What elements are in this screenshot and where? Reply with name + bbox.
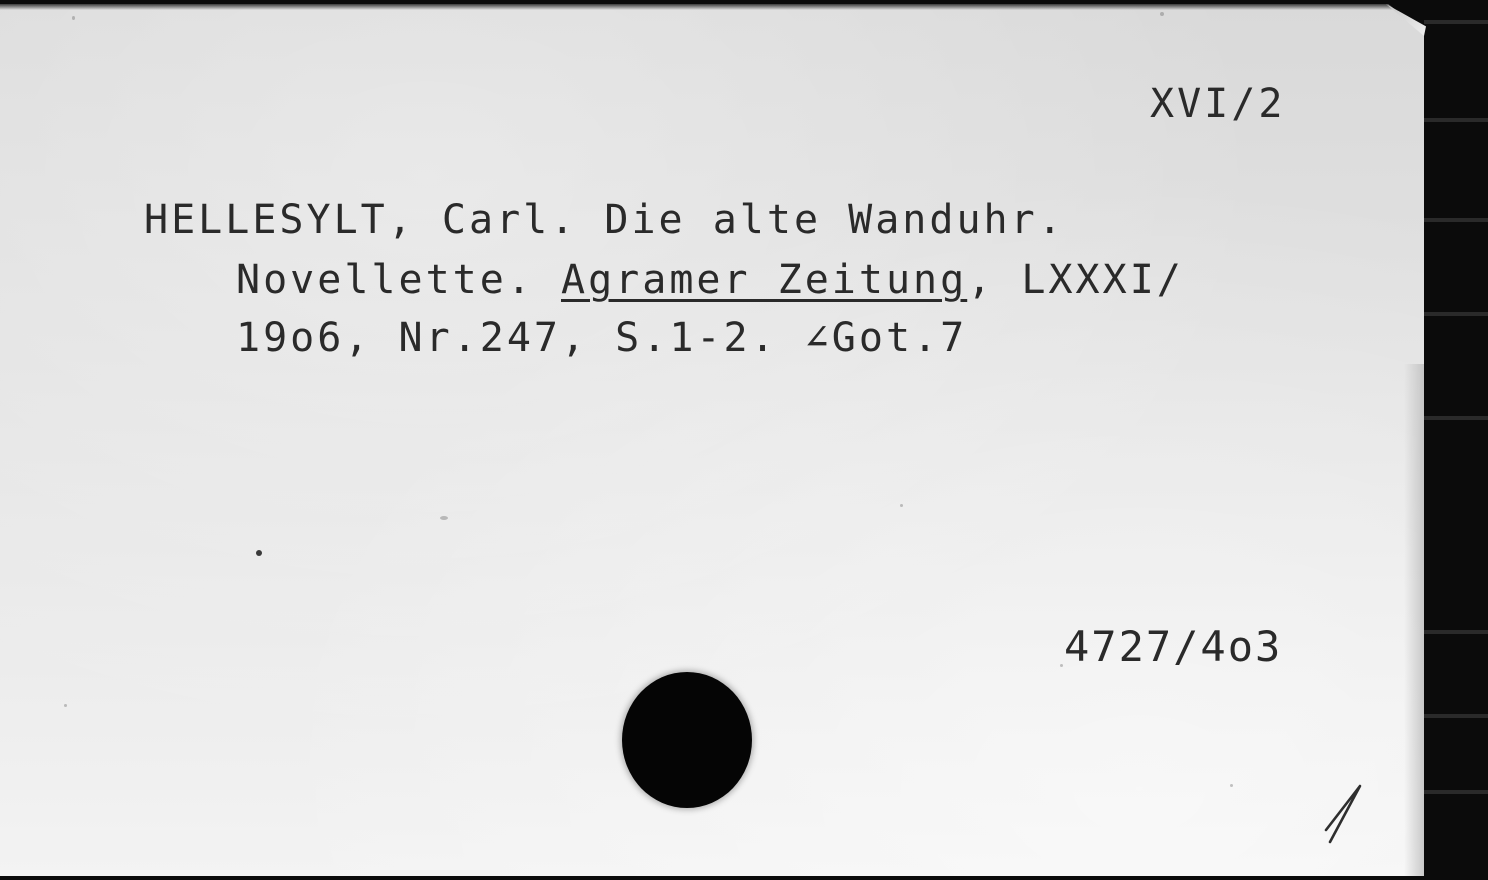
entry-line-issue-pages: 19o6, Nr.247, S.1-2. ∠Got.7 bbox=[236, 318, 967, 358]
card-right-edge bbox=[1404, 364, 1424, 876]
index-card: XVI/2 HELLESYLT, Carl. Die alte Wanduhr.… bbox=[0, 4, 1424, 876]
scanner-streak bbox=[1424, 790, 1488, 794]
volume-text: , LXXXI/ bbox=[967, 257, 1184, 303]
genre-text: Novellette. bbox=[236, 257, 561, 303]
journal-title: Agramer Zeitung bbox=[561, 257, 967, 303]
scanner-streak bbox=[1424, 630, 1488, 634]
scanner-streak bbox=[1424, 218, 1488, 222]
entry-line-genre-journal: Novellette. Agramer Zeitung, LXXXI/ bbox=[236, 260, 1184, 300]
call-number: XVI/2 bbox=[1150, 84, 1285, 124]
scanner-streak bbox=[1424, 714, 1488, 718]
paper-speck bbox=[64, 704, 67, 707]
ink-dot bbox=[256, 550, 262, 556]
entry-line-author-title: HELLESYLT, Carl. Die alte Wanduhr. bbox=[144, 200, 1065, 240]
check-mark-icon bbox=[1322, 782, 1368, 844]
scanned-catalog-card: XVI/2 HELLESYLT, Carl. Die alte Wanduhr.… bbox=[0, 0, 1488, 880]
card-top-edge bbox=[0, 4, 1400, 10]
scanner-streak bbox=[1424, 20, 1488, 24]
scanner-streak bbox=[1424, 312, 1488, 316]
accession-number: 4727/4o3 bbox=[1064, 626, 1282, 668]
paper-speck bbox=[72, 16, 75, 20]
paper-speck bbox=[1230, 784, 1233, 787]
paper-speck bbox=[440, 516, 448, 520]
punch-hole bbox=[622, 672, 752, 808]
paper-speck bbox=[1060, 664, 1063, 667]
scanner-streak bbox=[1424, 416, 1488, 420]
paper-speck bbox=[900, 504, 903, 507]
paper-speck bbox=[1160, 12, 1164, 16]
scanner-streak bbox=[1424, 118, 1488, 122]
